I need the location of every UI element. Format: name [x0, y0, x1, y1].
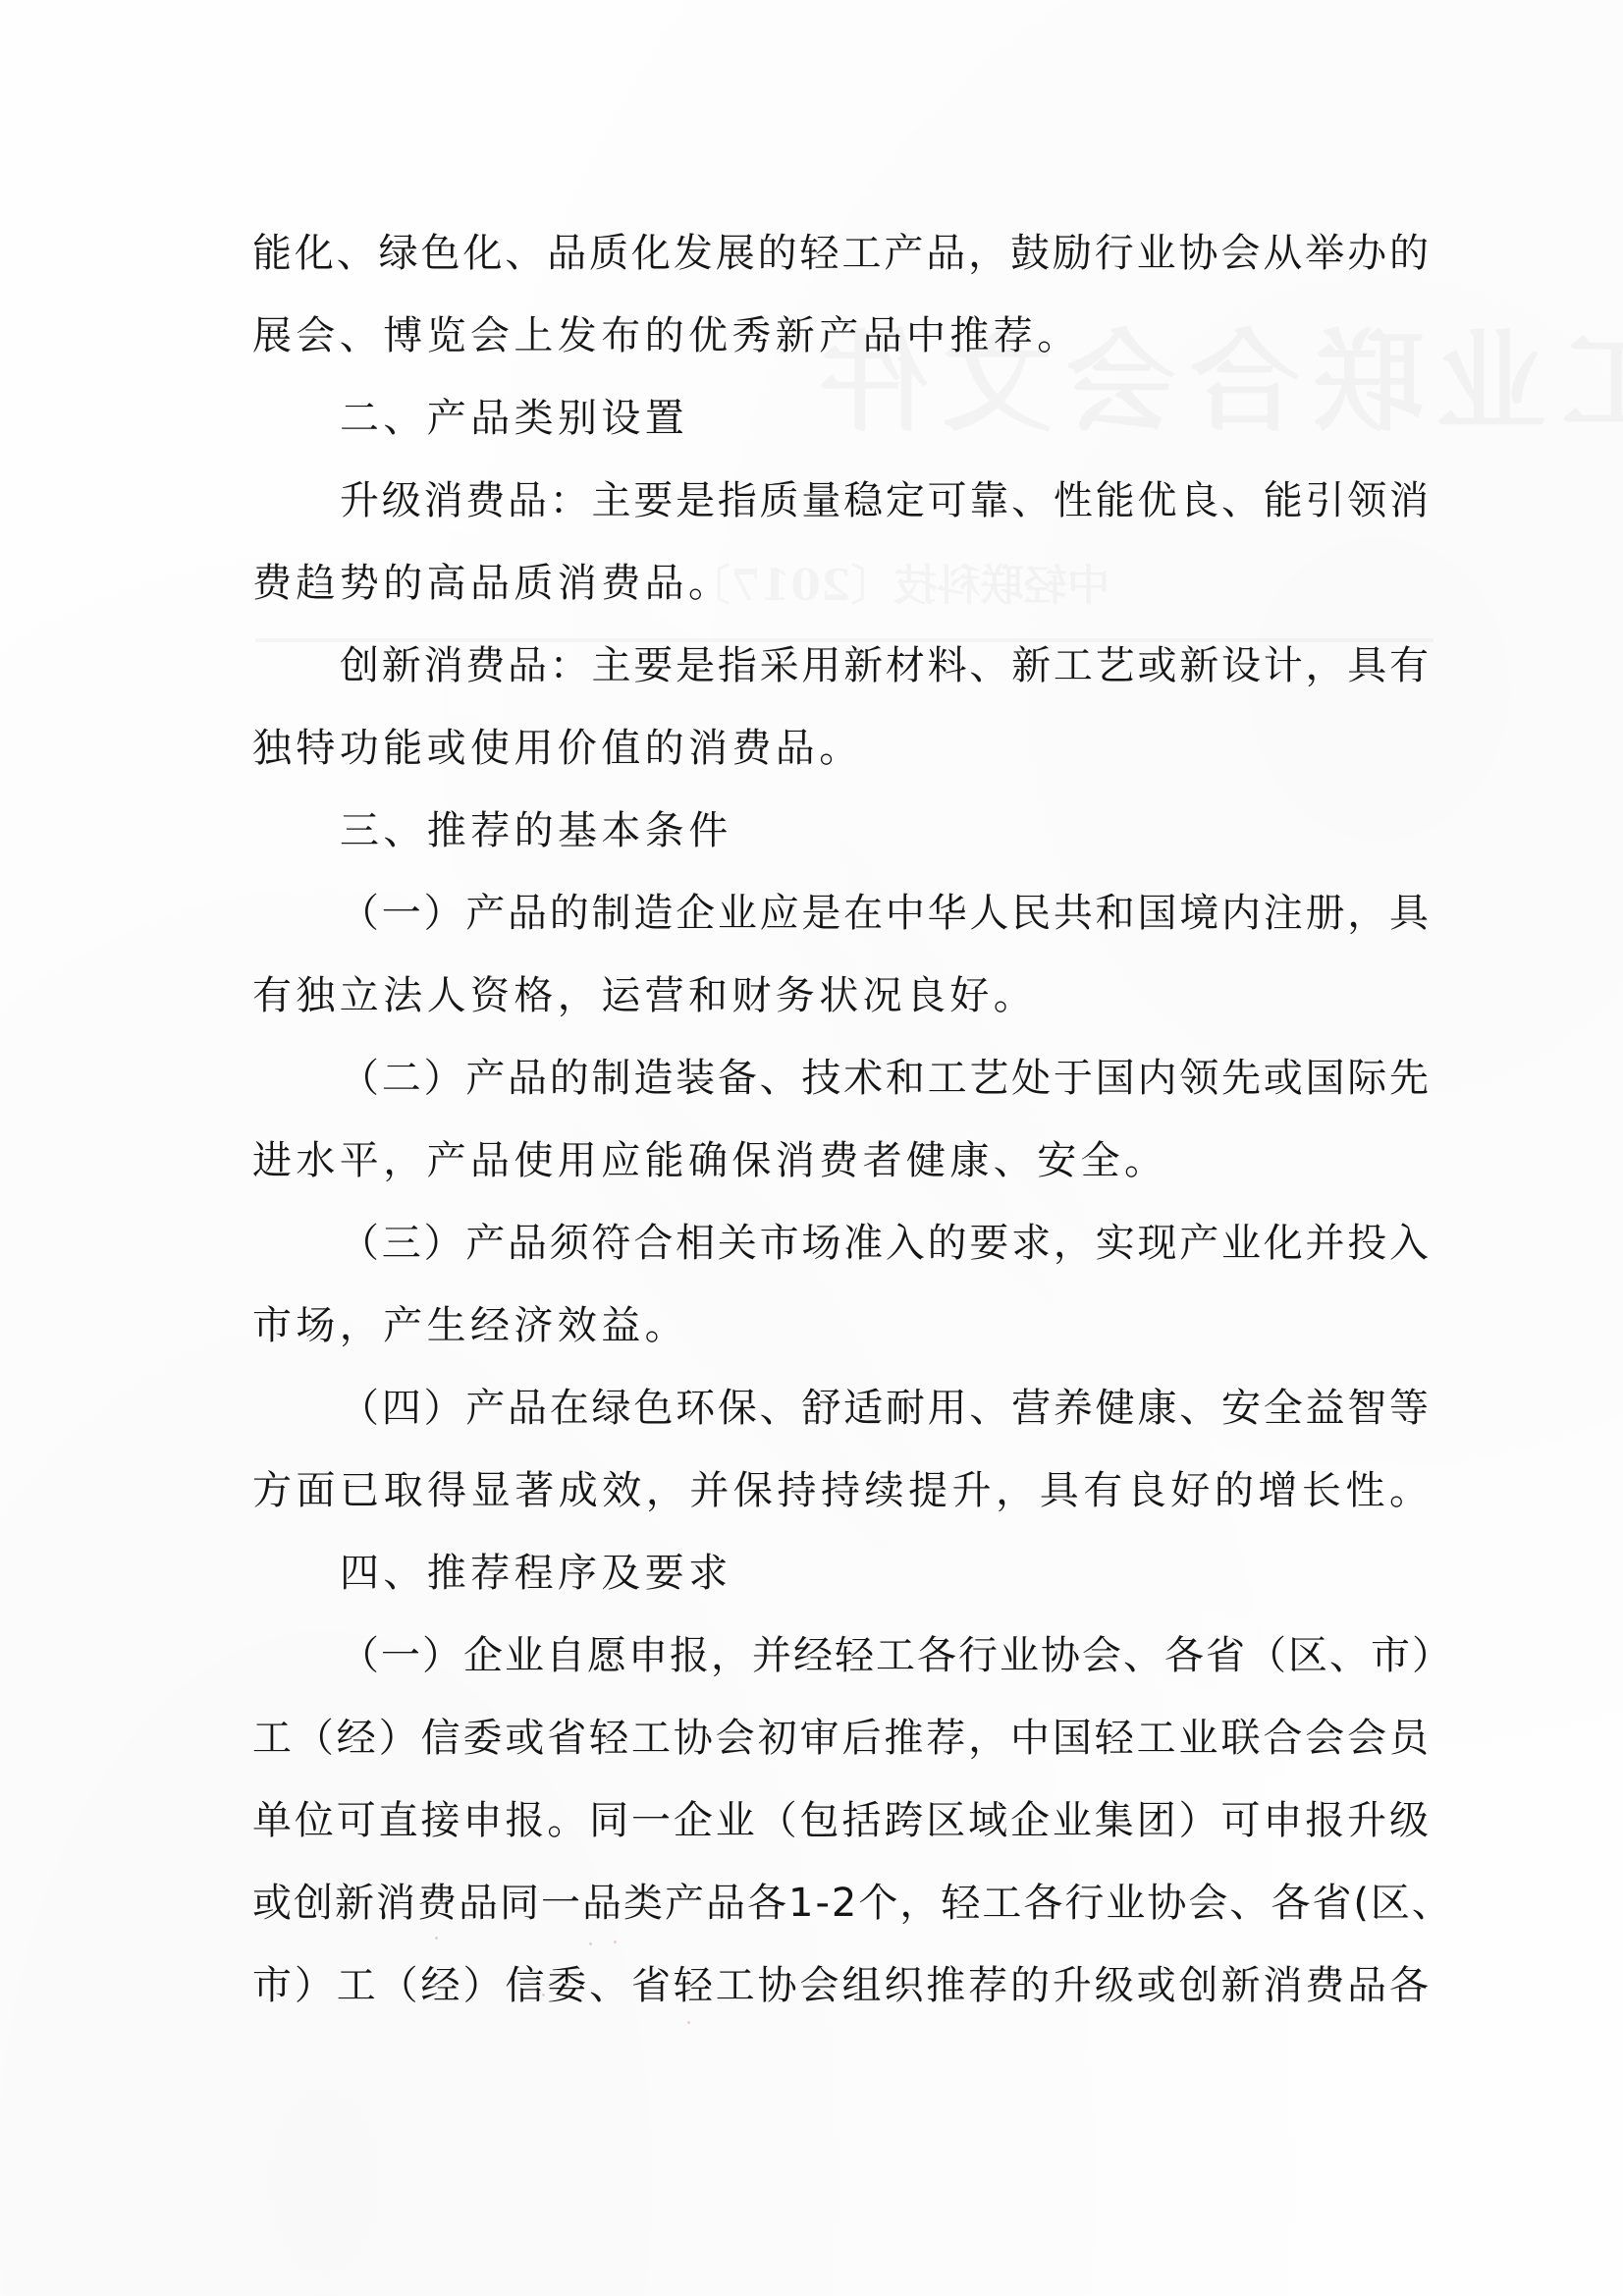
- body-line-15: （四）产品在绿色环保、舒适耐用、营养健康、安全益智等: [340, 1384, 1431, 1433]
- section-heading-2: 二、产品类别设置: [340, 394, 1431, 443]
- body-line-18: （一）企业自愿申报，并经轻工各行业协会、各省（区、市）: [340, 1631, 1431, 1680]
- scan-artifact: [614, 1941, 617, 1943]
- body-line-22: 市）工（经）信委、省轻工协会组织推荐的升级或创新消费品各: [252, 1961, 1431, 2010]
- section-heading-3: 三、推荐的基本条件: [340, 806, 1431, 855]
- body-line-2: 展会、博览会上发布的优秀新产品中推荐。: [252, 311, 1431, 360]
- scanned-page: 中国轻工业联合会文件 中轻联科技〔2017〕 能化、绿色化、品质化发展的轻工产品…: [0, 0, 1623, 2296]
- section-heading-4: 四、推荐程序及要求: [340, 1549, 1431, 1598]
- scan-artifact: [687, 2021, 690, 2024]
- body-line-9: （一）产品的制造企业应是在中华人民共和国境内注册，具: [340, 889, 1431, 938]
- body-line-16: 方面已取得显著成效，并保持持续提升，具有良好的增长性。: [252, 1466, 1431, 1515]
- body-line-21: 或创新消费品同一品类产品各1-2个，轻工各行业协会、各省(区、: [252, 1879, 1431, 1928]
- body-line-20: 单位可直接申报。同一企业（包括跨区域企业集团）可申报升级: [252, 1796, 1431, 1845]
- body-line-14: 市场，产生经济效益。: [252, 1301, 1431, 1350]
- body-line-4: 升级消费品：主要是指质量稳定可靠、性能优良、能引领消: [340, 476, 1431, 525]
- body-line-19: 工（经）信委或省轻工协会初审后推荐，中国轻工业联合会会员: [252, 1714, 1431, 1763]
- body-line-10: 有独立法人资格，运营和财务状况良好。: [252, 971, 1431, 1020]
- scan-artifact: [589, 1942, 592, 1945]
- body-line-6: 创新消费品：主要是指采用新材料、新工艺或新设计，具有: [340, 641, 1431, 690]
- body-line-1: 能化、绿色化、品质化发展的轻工产品，鼓励行业协会从举办的: [252, 229, 1431, 278]
- body-line-12: 进水平，产品使用应能确保消费者健康、安全。: [252, 1136, 1431, 1185]
- body-line-5: 费趋势的高品质消费品。: [252, 559, 1431, 608]
- scan-artifact: [542, 1994, 545, 1996]
- body-line-7: 独特功能或使用价值的消费品。: [252, 724, 1431, 773]
- scan-artifact: [435, 1937, 438, 1940]
- body-line-11: （二）产品的制造装备、技术和工艺处于国内领先或国际先: [340, 1054, 1431, 1103]
- body-line-13: （三）产品须符合相关市场准入的要求，实现产业化并投入: [340, 1219, 1431, 1268]
